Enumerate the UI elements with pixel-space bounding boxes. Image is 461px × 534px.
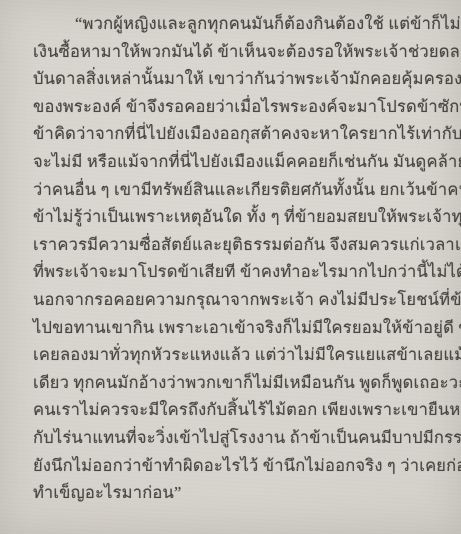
text-line: ว่าคนอื่น ๆ เขามีทรัพย์สินและเกียรติยศกั… (33, 176, 435, 204)
text-line: เคยลองมาทั่วทุกหัวระแหงแล้ว แต่ว่าไม่มีใ… (33, 341, 435, 369)
text-line: ของพระองค์ ข้าจึงรอคอยว่าเมื่อไรพระองค์จ… (33, 93, 435, 121)
text-line: กับไร่นาแทนที่จะวิ่งเข้าไปสู่โรงงาน ถ้าข… (33, 424, 435, 452)
text-line: ที่พระเจ้าจะมาโปรดข้าเสียที ข้าคงทำอะไรม… (33, 258, 435, 286)
scanned-page: “พวกผู้หญิงและลูกทุกคนมันก็ต้องกินต้องใช… (0, 0, 461, 534)
text-line: จะไม่มี หรือแม้จากที่นี่ไปยังเมืองแม็คคอ… (33, 148, 435, 176)
text-line: คนเราไม่ควรจะมีใครถึงกับสิ้นไร้ไม้ตอก เพ… (33, 396, 435, 424)
text-line: เราควรมีความซื่อสัตย์และยุติธรรมต่อกัน จ… (33, 231, 435, 259)
text-line: ข้าคิดว่าจากที่นี่ไปยังเมืองออกุสต้าคงจะ… (33, 120, 435, 148)
text-line: เงินซื้อหามาให้พวกมันได้ ข้าเห็นจะต้องรอ… (33, 38, 435, 66)
text-line: นอกจากรอคอยความกรุณาจากพระเจ้า คงไม่มีปร… (33, 286, 435, 314)
paragraph-text: “พวกผู้หญิงและลูกทุกคนมันก็ต้องกินต้องใช… (33, 10, 435, 507)
text-line: ยังนึกไม่ออกว่าข้าทำผิดอะไรไว้ ข้านึกไม่… (33, 452, 435, 480)
text-line: “พวกผู้หญิงและลูกทุกคนมันก็ต้องกินต้องใช… (33, 10, 435, 38)
text-line: ทำเข็ญอะไรมาก่อน” (33, 479, 435, 507)
text-line: เดียว ทุกคนมักอ้างว่าพวกเขาก็ไม่มีเหมือน… (33, 369, 435, 397)
text-line: บันดาลสิ่งเหล่านั้นมาให้ เขาว่ากันว่าพระ… (33, 65, 435, 93)
text-line: ไปขอทานเขากิน เพราะเอาเข้าจริงก็ไม่มีใคร… (33, 314, 435, 342)
text-line: ข้าไม่รู้ว่าเป็นเพราะเหตุอันใด ทั้ง ๆ ที… (33, 203, 435, 231)
